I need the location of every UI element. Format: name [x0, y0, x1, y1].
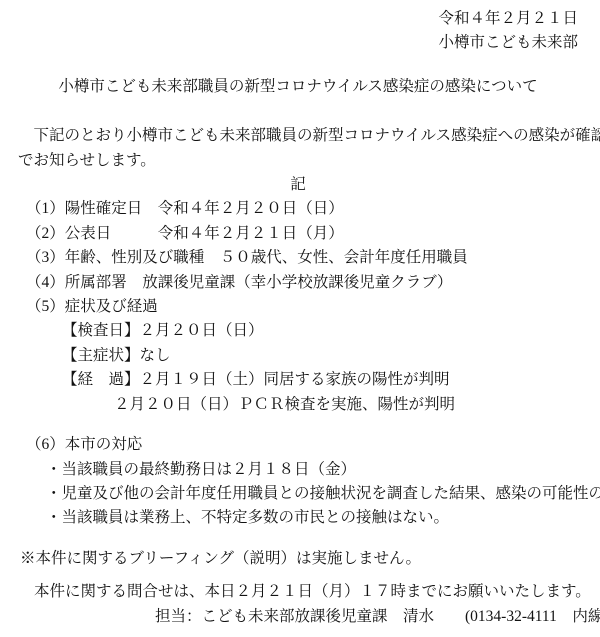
- issue-date: 令和４年２月２１日: [18, 7, 578, 31]
- issuer-department: 小樽市こども未来部: [18, 31, 578, 55]
- intro-line-2: でお知らせします。: [18, 149, 578, 173]
- detail-progress: 【経 過】２月１９日（土）同居する家族の陽性が判明: [18, 368, 578, 392]
- numbered-list: （1）陽性確定日 令和４年２月２０日（日） （2）公表日 令和４年２月２１日（月…: [18, 197, 578, 319]
- intro-line-1: 下記のとおり小樽市こども未来部職員の新型コロナウイルス感染症への感染が確認されま…: [18, 124, 578, 148]
- document-header: 令和４年２月２１日 小樽市こども未来部: [18, 7, 578, 56]
- contact-info: 担当：こども未来部放課後児童課 清水 (0134-32-4111 内線 7538…: [18, 605, 578, 629]
- response-bullet-3: ・当該職員は業務上、不特定多数の市民との接触はない。: [18, 506, 578, 530]
- intro-paragraph: 下記のとおり小樽市こども未来部職員の新型コロナウイルス感染症への感染が確認されま…: [18, 124, 578, 173]
- inquiry-note: 本件に関する問合せは、本日２月２１日（月）１７時までにお願いいたします。: [18, 580, 578, 604]
- list-item-5: （5）症状及び経過: [18, 295, 578, 319]
- list-item-2: （2）公表日 令和４年２月２１日（月）: [18, 222, 578, 246]
- symptom-details: 【検査日】２月２０日（日） 【主症状】なし 【経 過】２月１９日（土）同居する家…: [18, 319, 578, 417]
- detail-test-date: 【検査日】２月２０日（日）: [18, 319, 578, 343]
- list-item-4: （4）所属部署 放課後児童課（幸小学校放課後児童クラブ）: [18, 271, 578, 295]
- response-bullet-2: ・児童及び他の会計年度任用職員との接触状況を調査した結果、感染の可能性のある者は…: [18, 482, 578, 506]
- briefing-note: ※本件に関するブリーフィング（説明）は実施しません。: [18, 547, 578, 571]
- city-response-section: （6）本市の対応 ・当該職員の最終勤務日は２月１８日（金） ・児童及び他の会計年…: [18, 433, 578, 531]
- detail-progress-continuation: ２月２０日（日）ＰＣＲ検査を実施、陽性が判明: [18, 393, 578, 417]
- detail-main-symptom: 【主症状】なし: [18, 344, 578, 368]
- record-marker: 記: [18, 173, 578, 197]
- document-title: 小樽市こども未来部職員の新型コロナウイルス感染症の感染について: [18, 75, 578, 99]
- list-item-6: （6）本市の対応: [18, 433, 578, 457]
- list-item-1: （1）陽性確定日 令和４年２月２０日（日）: [18, 197, 578, 221]
- document-page: 令和４年２月２１日 小樽市こども未来部 小樽市こども未来部職員の新型コロナウイル…: [0, 0, 600, 637]
- list-item-3: （3）年齢、性別及び職種 ５０歳代、女性、会計年度任用職員: [18, 246, 578, 270]
- response-bullet-1: ・当該職員の最終勤務日は２月１８日（金）: [18, 458, 578, 482]
